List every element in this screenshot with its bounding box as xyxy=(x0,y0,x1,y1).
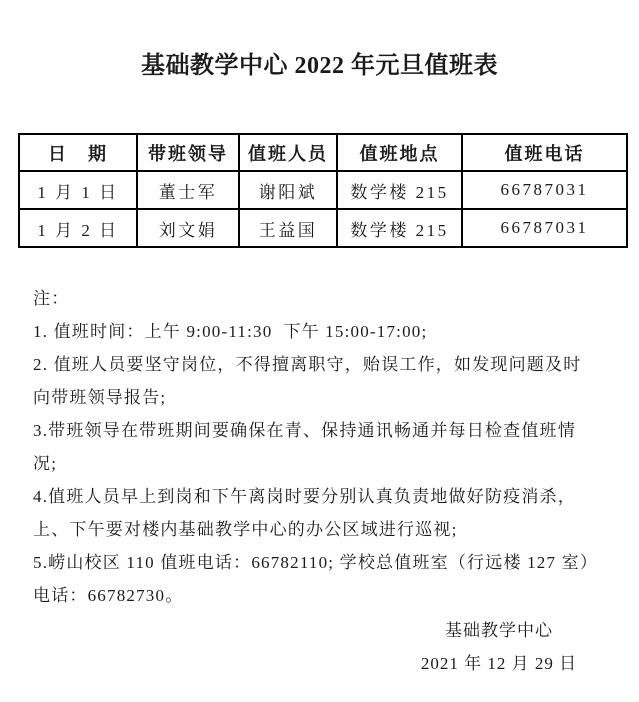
note-item-2: 2. 值班人员要坚守岗位，不得擅离职守，贻误工作，如发现问题及时 向带班领导报告… xyxy=(33,348,613,414)
header-place: 值班地点 xyxy=(337,134,462,171)
table-row: 1 月 2 日 刘文娟 王益国 数学楼 215 66787031 xyxy=(19,209,627,247)
header-date: 日 期 xyxy=(19,134,137,171)
signature-org: 基础教学中心 xyxy=(389,614,609,647)
note-item-4: 4.值班人员早上到岗和下午离岗时要分别认真负责地做好防疫消杀， 上、下午要对楼内… xyxy=(33,480,613,546)
cell-phone: 66787031 xyxy=(462,209,627,247)
note-item-5: 5.崂山校区 110 值班电话：66782110; 学校总值班室（行远楼 127… xyxy=(33,546,613,612)
cell-date: 1 月 1 日 xyxy=(19,171,137,209)
cell-date: 1 月 2 日 xyxy=(19,209,137,247)
document-title: 基础教学中心 2022 年元旦值班表 xyxy=(0,0,639,83)
notes-label: 注： xyxy=(33,282,613,315)
note-item-1: 1. 值班时间：上午 9:00-11:30 下午 15:00-17:00; xyxy=(33,315,613,348)
table-header-row: 日 期 带班领导 值班人员 值班地点 值班电话 xyxy=(19,134,627,171)
duty-table: 日 期 带班领导 值班人员 值班地点 值班电话 1 月 1 日 董士军 谢阳斌 … xyxy=(18,133,628,248)
page: 基础教学中心 2022 年元旦值班表 日 期 带班领导 值班人员 值班地点 值班… xyxy=(0,0,639,702)
notes-section: 注： 1. 值班时间：上午 9:00-11:30 下午 15:00-17:00;… xyxy=(33,282,613,612)
header-staff: 值班人员 xyxy=(239,134,337,171)
cell-place: 数学楼 215 xyxy=(337,209,462,247)
cell-leader: 董士军 xyxy=(137,171,239,209)
cell-staff: 王益国 xyxy=(239,209,337,247)
signature-date: 2021 年 12 月 29 日 xyxy=(389,647,609,680)
cell-staff: 谢阳斌 xyxy=(239,171,337,209)
cell-place: 数学楼 215 xyxy=(337,171,462,209)
signature-block: 基础教学中心 2021 年 12 月 29 日 xyxy=(389,614,609,680)
cell-leader: 刘文娟 xyxy=(137,209,239,247)
note-item-3: 3.带班领导在带班期间要确保在青、保持通讯畅通并每日检查值班情 况; xyxy=(33,414,613,480)
cell-phone: 66787031 xyxy=(462,171,627,209)
header-phone: 值班电话 xyxy=(462,134,627,171)
header-leader: 带班领导 xyxy=(137,134,239,171)
table-row: 1 月 1 日 董士军 谢阳斌 数学楼 215 66787031 xyxy=(19,171,627,209)
